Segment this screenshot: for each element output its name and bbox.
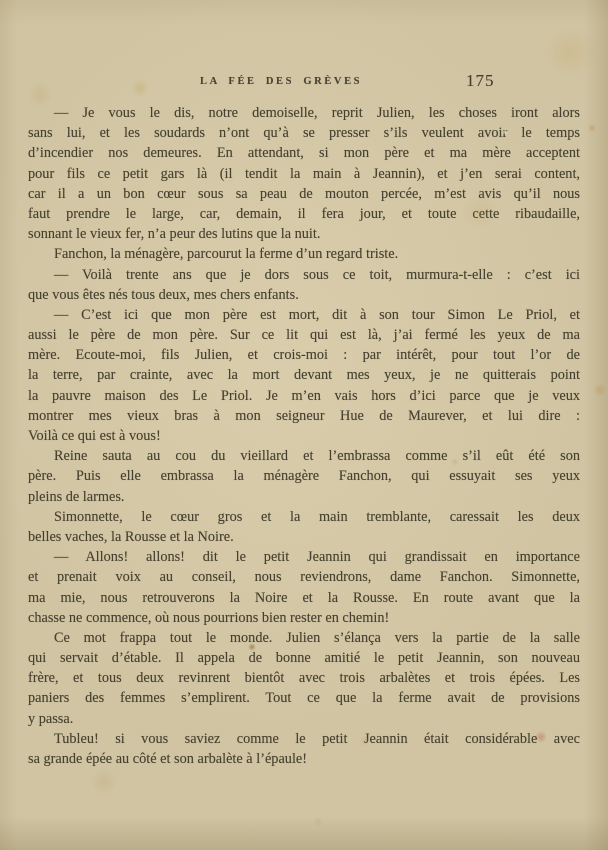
text-line: mère. Ecoute-moi, fils Julien, et crois-… [28, 345, 580, 365]
text-line: Reine sauta au cou du vieillard et l’emb… [28, 446, 580, 466]
text-line: que vous êtes nés tous deux, mes chers e… [28, 285, 580, 305]
book-page: LA FÉE DES GRÈVES 175 — Je vous le dis, … [0, 0, 608, 850]
text-line: sonnant le vieux fer, n’a peur des lutin… [28, 224, 580, 244]
paragraph: — Voilà trente ans que je dors sous ce t… [28, 265, 580, 305]
text-line: pour fils ce petit gars là (il tendit la… [28, 164, 580, 184]
text-line: Simonnette, le cœur gros et la main trem… [28, 507, 580, 527]
text-line: paniers des femmes s’emplirent. Tout ce … [28, 688, 580, 708]
running-title: LA FÉE DES GRÈVES [200, 76, 362, 87]
text-line: ma mie, nous retrouverons la Noire et la… [28, 588, 580, 608]
text-line: montrer mes vieux bras à mon seigneur Hu… [28, 406, 580, 426]
text-line: père. Puis elle embrassa la ménagère Fan… [28, 466, 580, 486]
text-line: la pauvre maison des Le Priol. Je m’en v… [28, 386, 580, 406]
text-line: sa grande épée au côté et son arbalète à… [28, 749, 580, 769]
text-line: pleins de larmes. [28, 487, 580, 507]
text-line: sans lui, et les soudards n’ont qu’à se … [28, 123, 580, 143]
text-line: frère, et tous deux revinrent bientôt av… [28, 668, 580, 688]
page-number: 175 [466, 71, 495, 91]
text-line: car il a un bon cœur sous sa peau de mou… [28, 184, 580, 204]
text-line: et prenait voix au conseil, nous reviend… [28, 567, 580, 587]
text-line: — Allons! allons! dit le petit Jeannin q… [28, 547, 580, 567]
text-block: — Je vous le dis, notre demoiselle, repr… [28, 103, 580, 769]
paragraph: — Je vous le dis, notre demoiselle, repr… [28, 103, 580, 244]
paragraph: — Allons! allons! dit le petit Jeannin q… [28, 547, 580, 628]
text-line: Fanchon, la ménagère, parcourut la ferme… [28, 244, 580, 264]
text-line: Ce mot frappa tout le monde. Julien s’él… [28, 628, 580, 648]
paragraph: Ce mot frappa tout le monde. Julien s’él… [28, 628, 580, 729]
paragraph: Tubleu! si vous saviez comme le petit Je… [28, 729, 580, 769]
text-line: Voilà ce qui est à vous! [28, 426, 580, 446]
text-line: d’incendier nos demeures. En attendant, … [28, 143, 580, 163]
text-line: y passa. [28, 709, 580, 729]
text-line: aussi le père de mon père. Sur ce lit qu… [28, 325, 580, 345]
text-line: qui servait d’étable. Il appela de bonne… [28, 648, 580, 668]
text-line: belles vaches, la Rousse et la Noire. [28, 527, 580, 547]
text-line: — Voilà trente ans que je dors sous ce t… [28, 265, 580, 285]
paragraph: — C’est ici que mon père est mort, dit à… [28, 305, 580, 446]
text-line: — Je vous le dis, notre demoiselle, repr… [28, 103, 580, 123]
page-header: LA FÉE DES GRÈVES 175 [0, 0, 608, 100]
text-line: la terre, par crainte, avec la mort deva… [28, 365, 580, 385]
text-line: Tubleu! si vous saviez comme le petit Je… [28, 729, 580, 749]
paragraph: Reine sauta au cou du vieillard et l’emb… [28, 446, 580, 507]
text-line: — C’est ici que mon père est mort, dit à… [28, 305, 580, 325]
text-line: faut prendre le large, car, demain, il f… [28, 204, 580, 224]
text-line: chasse ne commence, où nous pourrions bi… [28, 608, 580, 628]
paragraph: Fanchon, la ménagère, parcourut la ferme… [28, 244, 580, 264]
paragraph: Simonnette, le cœur gros et la main trem… [28, 507, 580, 547]
